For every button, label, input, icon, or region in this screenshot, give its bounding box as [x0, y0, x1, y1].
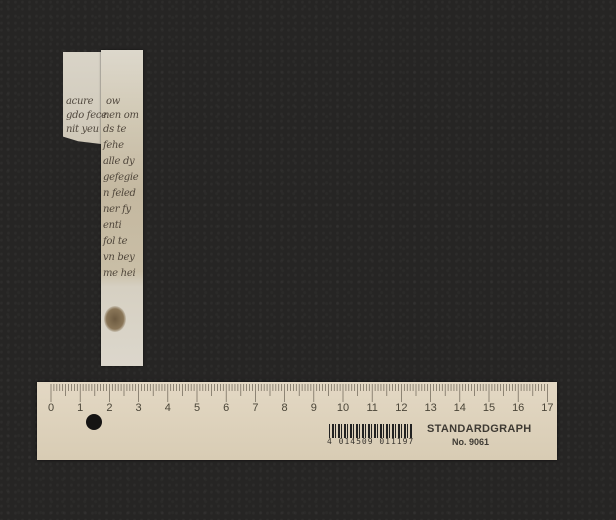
ruler-scale-label: 3: [136, 402, 142, 414]
ruler-brand: STANDARDGRAPH: [427, 423, 532, 435]
ruler-scale-label: 14: [454, 402, 466, 414]
text-line: acure: [66, 96, 93, 107]
ruler-scale-label: 9: [311, 402, 317, 414]
ruler-model: No. 9061: [452, 437, 489, 447]
ruler-scale-label: 15: [483, 402, 495, 414]
ruler-ticks: [37, 382, 557, 402]
ruler-scale-label: 8: [282, 402, 288, 414]
ruler-scale-label: 0: [48, 402, 54, 414]
ruler-scale-label: 10: [337, 402, 349, 414]
text-line: me hei: [103, 268, 135, 279]
ruler-hanging-hole: [86, 414, 102, 430]
ruler-scale-label: 16: [512, 402, 524, 414]
barcode-number: 4 014509 011197: [327, 437, 414, 446]
ruler-scale-label: 5: [194, 402, 200, 414]
ruler-scale-label: 12: [395, 402, 407, 414]
text-line: alle dy: [103, 156, 134, 167]
text-line: nen om: [103, 110, 139, 121]
ruler-scale-label: 13: [424, 402, 436, 414]
text-line: gdo fece: [66, 110, 107, 121]
text-line: vn bey: [103, 252, 134, 263]
text-line: gefegie: [103, 172, 138, 183]
ruler-scale-label: 11: [366, 402, 377, 414]
barcode: [329, 424, 413, 438]
ruler-scale-label: 6: [223, 402, 229, 414]
ruler-scale-label: 1: [77, 402, 83, 414]
ruler-scale-label: 17: [541, 402, 553, 414]
ruler-scale-label: 4: [165, 402, 171, 414]
text-line: ds te: [103, 124, 126, 135]
ruler-scale-label: 2: [106, 402, 112, 414]
ruler-scale-label: 7: [252, 402, 258, 414]
ruler: 01234567891011121314151617 4 014509 0111…: [37, 382, 557, 460]
text-line: nit yeu: [66, 124, 99, 135]
text-line: n feled: [103, 188, 136, 199]
fragment-stain: [104, 306, 126, 332]
text-line: fol te: [103, 236, 127, 247]
text-line: ow: [106, 96, 120, 107]
text-line: ner fy: [103, 204, 131, 215]
text-line: enti: [103, 220, 121, 231]
text-line: fehe: [103, 140, 124, 151]
